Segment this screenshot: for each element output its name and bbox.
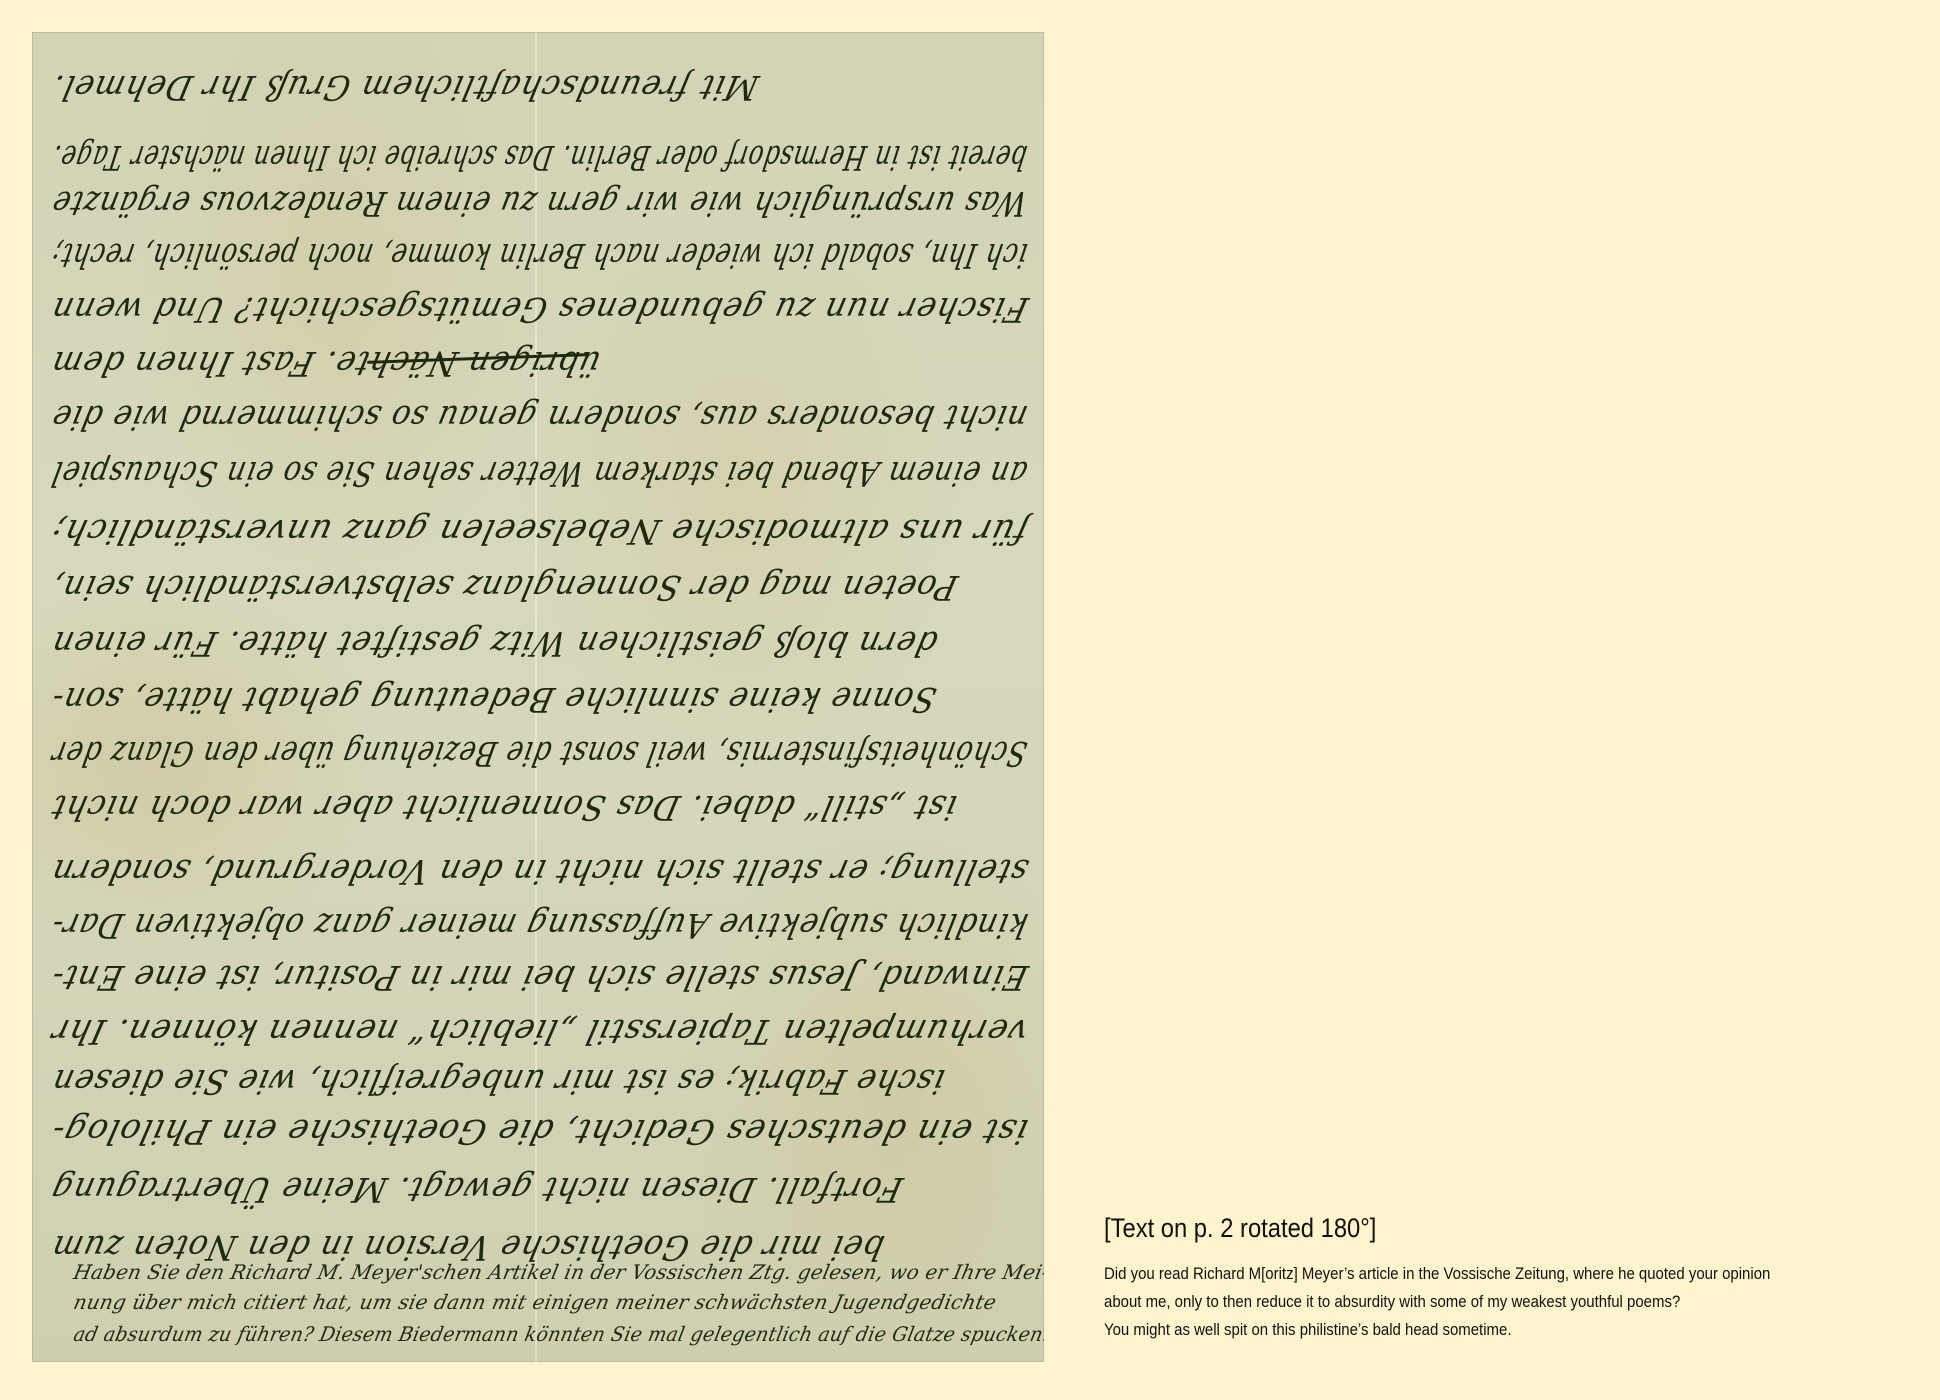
handwritten-line: Einwand, Jesus stelle sich bei mir in Po… — [47, 957, 1032, 997]
handwritten-line: stellung; er stellt sich nicht in den Vo… — [47, 851, 1032, 891]
annotation-line: nung über mich citiert hat, um sie dann … — [71, 1290, 998, 1314]
caption-title: [Text on p. 2 rotated 180°] — [1104, 1210, 1826, 1246]
annotation-line: ad absurdum zu führen? Diesem Biedermann… — [72, 1322, 1044, 1346]
handwritten-line: Was ursprünglich wie wir gern zu einem R… — [48, 183, 1031, 223]
handwritten-line: übrigen Nächte. Fast Ihnen dem — [47, 343, 604, 383]
annotation-line: Haben Sie den Richard M. Meyer'schen Art… — [71, 1260, 1044, 1284]
caption-body: Did you read Richard M[oritz] Meyer’s ar… — [1104, 1260, 1826, 1344]
handwritten-line: für uns altmodische Nebelseelen ganz unv… — [47, 511, 1032, 551]
handwritten-line: Sonne keine sinnliche Bedeutung gehabt h… — [47, 679, 940, 719]
handwritten-line: ist „still“ dabei. Das Sonnenlicht aber … — [47, 787, 960, 827]
caption-line: about me, only to then reduce it to absu… — [1104, 1288, 1826, 1316]
caption-line: You might as well spit on this philistin… — [1104, 1316, 1826, 1344]
handwritten-line: ist ein deutsches Gedicht, die Goethisch… — [47, 1111, 1032, 1151]
rotated-handwriting-block: bei mir die Goethische Version in den No… — [32, 52, 1044, 1267]
handwritten-line: dern bloß geistlichen Witz gestiftet hät… — [47, 623, 941, 663]
handwritten-line: nicht besonders aus, sondern genau so sc… — [48, 397, 1032, 437]
handwritten-line: bereit ist in Hermsdorf oder Berlin. Das… — [48, 137, 1029, 177]
handwritten-line: ich Ihn, sobald ich wieder nach Berlin k… — [48, 235, 1031, 275]
handwritten-line: kindlich subjektive Auffassung meiner ga… — [48, 905, 1032, 945]
handwritten-line: verhumpelten Tapiersstil „lieblich“ nenn… — [47, 1011, 1032, 1051]
handwritten-line: Fortfall. Diesen nicht gewagt. Meine Übe… — [47, 1169, 907, 1209]
handwritten-line: ische Fabrik; es ist mir unbegreiflich, … — [47, 1061, 948, 1101]
handwritten-line: an einem Abend bei starkem Wetter sehen … — [48, 453, 1031, 493]
manuscript-image: bei mir die Goethische Version in den No… — [32, 32, 1044, 1362]
handwritten-line: Fischer nun zu gebundenes Gemütsgeschich… — [47, 289, 1032, 329]
caption-line: Did you read Richard M[oritz] Meyer’s ar… — [1104, 1260, 1826, 1288]
translation-caption: [Text on p. 2 rotated 180°] Did you read… — [1104, 1210, 1924, 1344]
handwritten-line: Poeten mag der Sonnenglanz selbstverstän… — [47, 567, 961, 607]
handwritten-line: Mit freundschaftlichem Gruß Ihr Dehmel. — [47, 67, 762, 107]
handwritten-line: Schönheitsfinsternis, weil sonst die Bez… — [48, 733, 1031, 773]
